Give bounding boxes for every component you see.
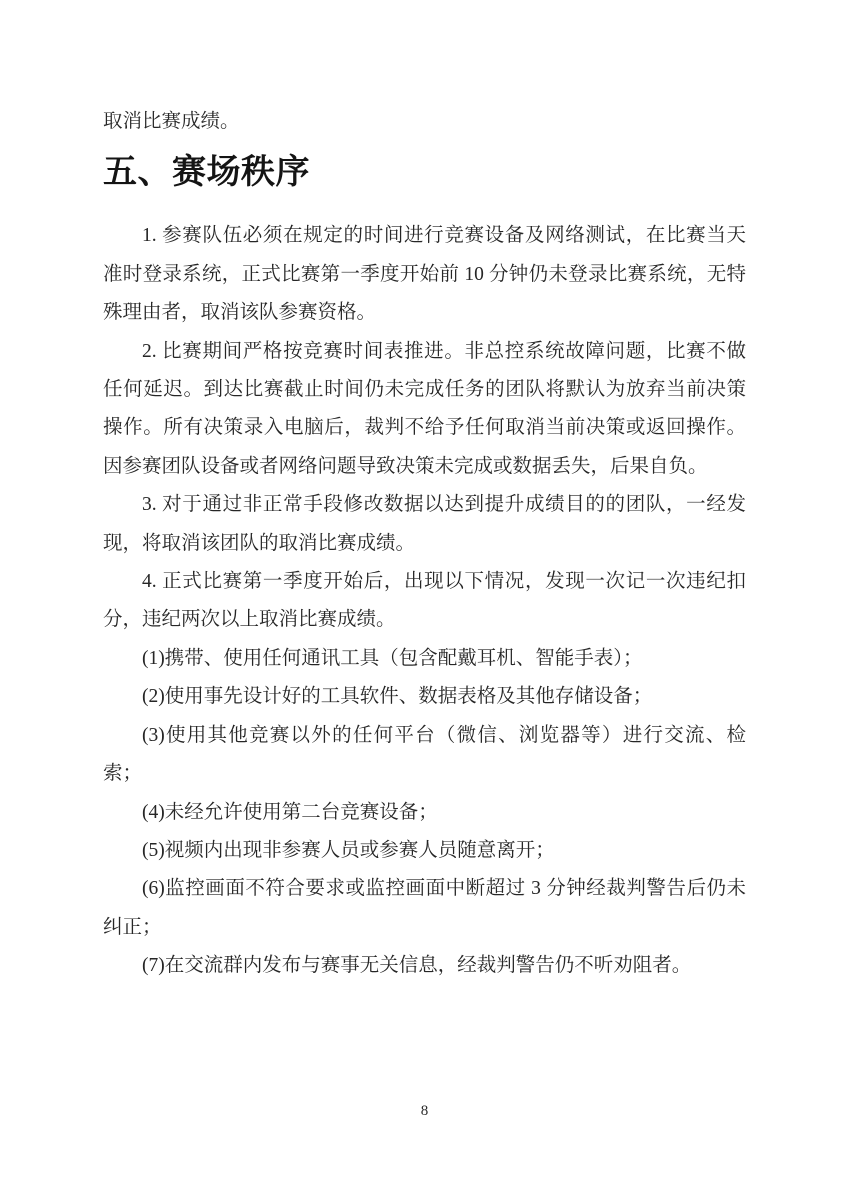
list-item-7: (7)在交流群内发布与赛事无关信息，经裁判警告仍不听劝阻者。	[103, 947, 746, 985]
paragraph-3: 3. 对于通过非正常手段修改数据以达到提升成绩目的的团队，一经发现，将取消该团队…	[103, 486, 746, 563]
page-content: 取消比赛成绩。 五、赛场秩序 1. 参赛队伍必须在规定的时间进行竞赛设备及网络测…	[103, 0, 746, 986]
paragraph-continuation: 取消比赛成绩。	[103, 103, 746, 141]
document-page: 取消比赛成绩。 五、赛场秩序 1. 参赛队伍必须在规定的时间进行竞赛设备及网络测…	[0, 0, 849, 1200]
list-item-5: (5)视频内出现非参赛人员或参赛人员随意离开；	[103, 832, 746, 870]
list-item-3: (3)使用其他竞赛以外的任何平台（微信、浏览器等）进行交流、检索；	[103, 717, 746, 794]
paragraph-4: 4. 正式比赛第一季度开始后，出现以下情况，发现一次记一次违纪扣分，违纪两次以上…	[103, 563, 746, 640]
paragraph-1: 1. 参赛队伍必须在规定的时间进行竞赛设备及网络测试，在比赛当天准时登录系统，正…	[103, 217, 746, 332]
page-number: 8	[0, 1101, 849, 1121]
list-item-2: (2)使用事先设计好的工具软件、数据表格及其他存储设备；	[103, 678, 746, 716]
list-item-1: (1)携带、使用任何通讯工具（包含配戴耳机、智能手表）；	[103, 640, 746, 678]
section-heading: 五、赛场秩序	[103, 151, 746, 195]
paragraph-2: 2. 比赛期间严格按竞赛时间表推进。非总控系统故障问题，比赛不做任何延迟。到达比…	[103, 333, 746, 487]
list-item-6: (6)监控画面不符合要求或监控画面中断超过 3 分钟经裁判警告后仍未纠正；	[103, 870, 746, 947]
list-item-4: (4)未经允许使用第二台竞赛设备；	[103, 794, 746, 832]
